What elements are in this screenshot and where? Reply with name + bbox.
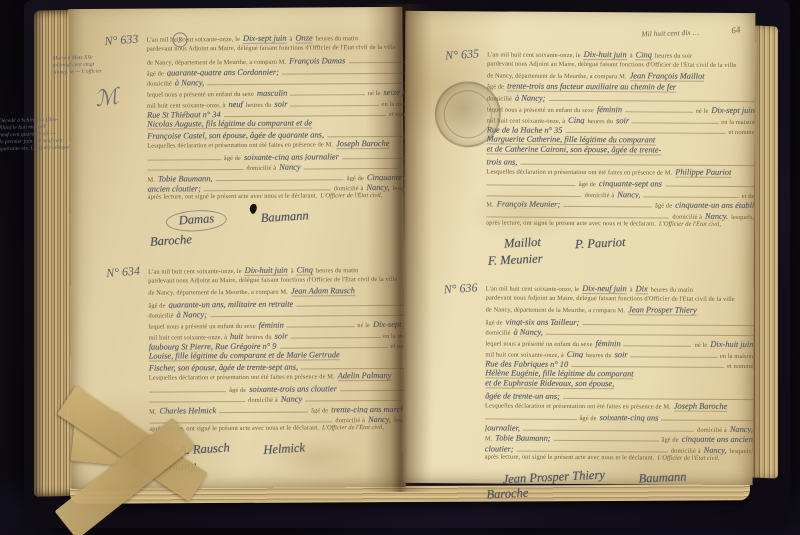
handwritten-text: Philippe Pauriot xyxy=(675,167,731,177)
blank-rule xyxy=(563,198,652,208)
blank-rule xyxy=(632,114,718,124)
blank-rule xyxy=(665,178,754,188)
blank-rule xyxy=(149,393,245,403)
printed-text: domicilié xyxy=(485,330,510,337)
blank-rule xyxy=(301,360,417,370)
printed-text: lequel nous a présenté un enfant du sexe xyxy=(487,106,594,114)
registry-book-photo: 3 Marié à Metz XVemil neuf cent vingtNan… xyxy=(0,0,800,535)
blank-rule xyxy=(661,412,753,422)
blank-rule xyxy=(290,86,365,96)
signatures-row: F. Meunier xyxy=(488,253,754,270)
printed-text: pardevant nous Adjoint au Maire, délégué… xyxy=(148,275,397,284)
page-edges-right xyxy=(752,26,778,479)
act-line: lequel nous a présenté un enfant du sexe… xyxy=(487,102,755,114)
handwritten-text: Joseph Baroche xyxy=(674,401,727,411)
printed-text: M. xyxy=(147,176,155,183)
act-line: domiciliéà Nancy, xyxy=(485,326,753,338)
signature: F. Meunier xyxy=(488,251,543,269)
blank-rule xyxy=(571,358,724,368)
handwritten-text: Nancy, xyxy=(704,446,727,455)
blank-rule xyxy=(149,414,332,424)
printed-text: et de xyxy=(742,193,755,200)
printed-text: L'an mil huit cent soixante-onze, le xyxy=(147,36,241,44)
blank-rule xyxy=(224,107,386,117)
blank-rule xyxy=(219,403,308,413)
signature: Baumann xyxy=(639,470,688,487)
right-page: Mil huit cent dix … 64 N° 635L'an mil hu… xyxy=(403,11,756,485)
blank-rule xyxy=(207,75,415,85)
printed-text: L'Officier de l'État civil, xyxy=(657,454,719,461)
signatures-row: J. A. RauschHelmick xyxy=(167,440,417,457)
signatures-row: Baroche xyxy=(486,487,752,504)
printed-text: mil huit cent soixante-onze, à xyxy=(487,117,565,124)
printed-text: à xyxy=(630,286,633,293)
blank-rule xyxy=(327,128,415,138)
handwritten-text: Nancy, xyxy=(730,425,753,434)
handwritten-text: Cinq xyxy=(636,50,652,60)
margin-note-marriage: Marié à Metz XVemil neuf cent vingtNancy… xyxy=(52,55,102,77)
printed-text: âgé de xyxy=(347,175,364,182)
handwritten-text: Louise, fille légitime du comparant et d… xyxy=(149,350,340,361)
handwritten-text: huit xyxy=(230,332,243,341)
handwritten-text: et de Catherine Caironi, son épouse, âgé… xyxy=(487,145,662,156)
signature: Jean Prosper Thiery xyxy=(502,468,605,488)
handwritten-text: féminin xyxy=(259,321,284,331)
printed-text: pardevant nous Adjoint au Maire, délégué… xyxy=(486,294,735,303)
signature: Baumann xyxy=(261,208,310,226)
signatures-row: DamasBaumann xyxy=(166,208,416,231)
printed-text: lesquels, xyxy=(731,214,754,221)
printed-text: heures du matin xyxy=(316,35,358,42)
blank-rule xyxy=(287,318,355,327)
handwritten-text: féminin xyxy=(595,339,620,349)
act-line: âgé devingt-six ans Tailleur; xyxy=(486,315,754,327)
printed-text: pardevant nous Adjoint au Maire, délégué… xyxy=(487,60,736,69)
printed-text: lequel nous a présenté un enfant du sexe xyxy=(147,91,254,98)
handwritten-text: Dix-huit juin xyxy=(710,340,753,349)
printed-text: âgé de xyxy=(147,70,164,77)
signature: Maillot xyxy=(504,235,541,252)
handwritten-text: à Nancy; xyxy=(176,311,207,320)
signatures-row: Jean Prosper ThieryBaumann xyxy=(503,470,753,487)
printed-text: après lecture, ont signé le présent acte… xyxy=(148,192,318,200)
handwritten-text: Jean Prosper Thiery xyxy=(628,305,697,315)
handwritten-text: à Nancy, xyxy=(513,328,542,338)
act-line: mil huit cent soixante-onze, àCinqheures… xyxy=(487,113,755,125)
signatures-row: MaillotP. Pauriot xyxy=(504,236,754,253)
blank-rule xyxy=(291,329,380,339)
blank-rule xyxy=(290,97,378,107)
birth-act-635: N° 635L'an mil huit cent soixante-onze, … xyxy=(486,49,755,269)
margin-note-death: Décédé à Schirmeck (Bas-Rhin) le huit ma… xyxy=(0,117,70,154)
printed-text: âgé de xyxy=(148,302,165,309)
blank-rule xyxy=(565,124,725,134)
signature: Baroche xyxy=(486,486,529,503)
blank-rule xyxy=(554,432,659,442)
handwritten-text: et de Euphrasie Ridevaux, son épouse, xyxy=(485,379,614,390)
printed-text: domicilié xyxy=(487,96,512,103)
handwritten-text: masculin xyxy=(257,89,287,99)
handwritten-text: Adelin Palmany xyxy=(338,371,392,381)
printed-text: domicilié xyxy=(148,313,173,320)
printed-text: lequel nous a présenté un enfant du sexe xyxy=(149,323,256,330)
printed-text: L'an mil huit cent soixante-onze, le xyxy=(487,51,581,59)
act-number: N° 633 xyxy=(104,32,139,50)
margin-note-line: Nancy, le — L'officier xyxy=(53,69,102,77)
printed-text: mil huit cent soixante-onze, à xyxy=(485,351,563,358)
blank-rule xyxy=(643,188,738,198)
signature: Helmick xyxy=(263,440,305,457)
left-page: 3 Marié à Metz XVemil neuf cent vingtNan… xyxy=(68,7,405,489)
blank-rule xyxy=(517,443,668,453)
printed-text: à xyxy=(291,268,294,275)
blank-rule xyxy=(296,297,416,307)
handwritten-text: Jean François Maillot xyxy=(630,71,705,81)
act-line: âgée de trente-un ans; xyxy=(485,389,753,401)
printed-text: L'Officier de l'État civil, xyxy=(659,220,721,227)
act-number: N° 635 xyxy=(445,46,480,63)
handwritten-text: Françoise Castel, son épouse, âgée de qu… xyxy=(147,131,324,141)
printed-text: après lecture, ont signé le présent acte… xyxy=(486,219,656,227)
printed-text: L'Officier de l'État civil, xyxy=(320,192,382,199)
printed-text: Lesquelles déclaration et présentation o… xyxy=(149,373,335,381)
printed-text: Lesquelles déclaration et présentation o… xyxy=(147,141,333,149)
act-line: après lecture, ont signé le présent acte… xyxy=(486,219,754,231)
margin-paraph-flourish: ℳ xyxy=(93,83,120,112)
printed-text: L'an mil huit cent soixante-onze, le xyxy=(486,285,580,293)
birth-act-633: N° 633L'an mil huit cent soixante-onze, … xyxy=(147,33,416,248)
birth-act-636: N° 636L'an mil huit cent soixante-onze, … xyxy=(484,283,753,503)
blank-rule xyxy=(523,421,694,431)
handwritten-text: Jean Adam Rausch xyxy=(291,286,355,296)
blank-rule xyxy=(279,339,387,349)
printed-text: domicilié xyxy=(147,81,172,88)
printed-text: heures du matin xyxy=(651,286,693,293)
blank-rule xyxy=(486,208,669,218)
blank-rule xyxy=(486,177,575,187)
blank-rule xyxy=(147,161,243,171)
printed-text: heures du soir xyxy=(655,52,692,59)
signature: P. Pauriot xyxy=(575,235,626,252)
handwritten-text: Dix-sept juin xyxy=(711,106,755,115)
handwritten-text: Marguerite Catherine, fille légitime du … xyxy=(487,134,656,145)
blank-rule xyxy=(631,348,717,358)
printed-text: heures du xyxy=(246,333,272,340)
printed-text: Lesquelles déclaration et présentation o… xyxy=(486,168,672,176)
printed-text: Lesquelles déclaration et présentation o… xyxy=(485,402,671,410)
printed-text: de Nancy, département de la Meurthe, a c… xyxy=(487,73,627,81)
printed-text: pardevant nous Adjoint au Maire, délégué… xyxy=(147,43,396,52)
printed-text: en la maison xyxy=(721,118,755,125)
handwritten-text: trente-trois ans facteur auxiliaire au c… xyxy=(507,81,676,92)
printed-text: et nommé xyxy=(728,129,754,136)
handwritten-text: Onze xyxy=(295,33,312,43)
handwritten-text: féminin xyxy=(597,105,622,115)
handwritten-text: à Nancy; xyxy=(515,94,546,104)
blank-rule xyxy=(210,307,417,317)
act-number: N° 636 xyxy=(443,280,478,297)
blank-rule xyxy=(486,187,581,197)
handwritten-text: Dix-huit juin xyxy=(584,50,627,60)
printed-text: heures du matin xyxy=(316,267,358,274)
blank-rule xyxy=(147,151,221,161)
handwritten-text: à Nancy, xyxy=(175,79,204,88)
blank-rule xyxy=(520,156,754,166)
handwritten-text: Nancy. xyxy=(705,212,728,221)
blank-rule xyxy=(582,316,753,326)
printed-text: lequel nous a présenté un enfant du sexe xyxy=(485,340,592,348)
folio-mark: 64 xyxy=(731,24,741,35)
signature: Baroche xyxy=(150,232,193,249)
printed-text: de Nancy, département de la Meurthe, a c… xyxy=(486,307,626,315)
handwritten-text: ancien cloutier; xyxy=(148,185,201,194)
printed-text: M. xyxy=(485,436,493,443)
blank-rule xyxy=(563,390,753,400)
act-line: après lecture, ont signé le présent acte… xyxy=(149,424,417,436)
act-line: après lecture, ont signé le présent acte… xyxy=(485,453,753,465)
blank-rule xyxy=(485,411,577,421)
printed-text: à xyxy=(290,36,293,43)
handwritten-text: cinquante ans ancien xyxy=(682,435,753,444)
act-line: après lecture, ont signé le présent acte… xyxy=(148,192,416,204)
blank-rule xyxy=(624,337,692,346)
printed-text: L'Officier de l'État civil, xyxy=(322,424,384,431)
act-number: N° 634 xyxy=(106,264,141,282)
blank-rule xyxy=(548,92,755,102)
blank-rule xyxy=(149,383,226,393)
printed-text: mil huit cent soixante-onze, à xyxy=(147,102,225,109)
printed-text: de Nancy, département de la Meurthe, a c… xyxy=(147,59,287,67)
blank-rule xyxy=(282,65,415,75)
signature: Damas xyxy=(165,208,228,233)
printed-text: L'an mil huit cent soixante-onze, le xyxy=(148,268,242,276)
handwritten-text: Fischer, son épouse, âgée de trente-sept… xyxy=(149,363,298,373)
printed-text: en la maison xyxy=(720,352,754,359)
printed-text: lesquels, xyxy=(730,448,753,455)
printed-text: de Nancy, département de la Meurthe, a c… xyxy=(148,289,288,297)
blank-rule xyxy=(204,182,331,192)
blank-rule xyxy=(216,171,344,181)
handwritten-text: Dix xyxy=(636,284,648,294)
handwritten-text: cinquante-un ans établi xyxy=(675,201,754,210)
printed-text: après lecture, ont signé le présent acte… xyxy=(485,453,655,461)
blank-rule xyxy=(305,392,401,402)
act-line: lequel nous a présenté un enfant du sexe… xyxy=(485,336,753,348)
corner-annotation: Mil huit cent dix … xyxy=(641,28,699,39)
act-line: mil huit cent soixante-onze, àCinqheures… xyxy=(485,347,753,359)
blank-rule xyxy=(304,160,400,170)
handwritten-text: Dix-neuf juin xyxy=(582,284,626,294)
printed-text: âgé de xyxy=(487,83,504,90)
printed-text: à xyxy=(630,52,633,59)
handwritten-text: Nicolas Auguste, fils légitime du compar… xyxy=(147,118,312,129)
handwritten-text: Joseph Baroche xyxy=(336,139,389,149)
act-line: domiciliéà Nancy; xyxy=(487,92,755,104)
blank-rule xyxy=(546,326,754,336)
printed-text: domicilié à xyxy=(697,426,727,433)
blank-rule xyxy=(625,103,693,112)
signatures-row: Baroche xyxy=(150,231,416,248)
printed-text: et nommé xyxy=(727,363,753,370)
handwritten-text: Dix-huit juin xyxy=(245,266,288,276)
printed-text: âgé de xyxy=(486,319,503,326)
handwritten-text: Dix-sept juin xyxy=(243,34,287,44)
handwritten-text: Cinq xyxy=(297,265,313,275)
handwritten-text: Hélène Eugénie, fille légitime du compar… xyxy=(485,368,633,379)
printed-text: mil huit cent soixante-onze, à xyxy=(149,334,227,341)
